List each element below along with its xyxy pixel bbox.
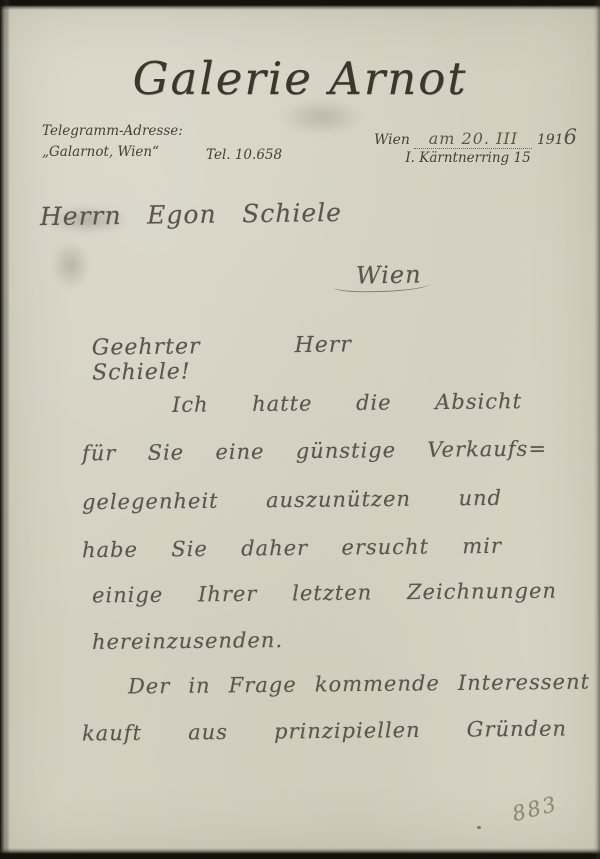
- telegram-address-value: „Galarnot, Wien“: [42, 142, 183, 163]
- handwritten-line: einige Ihrer letzten Zeichnungen: [92, 579, 557, 608]
- handwritten-line: habe Sie daher ersucht mir: [82, 534, 502, 562]
- gallery-address: I. Kärntnerring 15: [374, 150, 562, 166]
- scan-edge-bottom: [0, 848, 600, 859]
- salutation: Geehrter Herr Schiele!: [92, 332, 353, 385]
- scan-edge-right: [594, 0, 600, 859]
- scan-edge-top: [0, 0, 600, 10]
- handwritten-line: hereinzusenden.: [92, 628, 283, 654]
- recipient-name: Herrn Egon Schiele: [40, 198, 342, 231]
- handwritten-line: gelegenheit auszunützen und: [82, 486, 502, 514]
- scan-edge-left: [0, 0, 10, 859]
- city-label: Wien: [374, 132, 410, 148]
- faint-pencil-mark: [50, 238, 92, 292]
- date-line: Wien am 20. III 1916: [374, 125, 577, 149]
- archive-number: 883: [510, 792, 561, 826]
- handwritten-line: Ich hatte die Absicht: [172, 389, 522, 417]
- year-handwritten-digit: 6: [564, 125, 577, 149]
- telegram-address-label: Telegramm-Adresse:: [42, 121, 183, 142]
- handwritten-date: am 20. III: [414, 129, 532, 149]
- ink-dot: [477, 826, 481, 829]
- recipient-city: Wien: [356, 260, 422, 289]
- year-printed: 191: [537, 132, 564, 148]
- scanned-letter-page: Galerie Arnot Telegramm-Adresse: „Galarn…: [0, 0, 600, 859]
- telephone-number: Tel. 10.658: [206, 147, 282, 163]
- telegram-address-block: Telegramm-Adresse: „Galarnot, Wien“: [42, 121, 183, 163]
- handwritten-line: für Sie eine günstige Verkaufs=: [82, 437, 547, 466]
- letterhead-title: Galerie Arnot: [0, 52, 600, 105]
- handwritten-line: kauft aus prinzipiellen Gründen: [82, 716, 567, 745]
- handwritten-line: Der in Frage kommende Interessent: [128, 670, 590, 699]
